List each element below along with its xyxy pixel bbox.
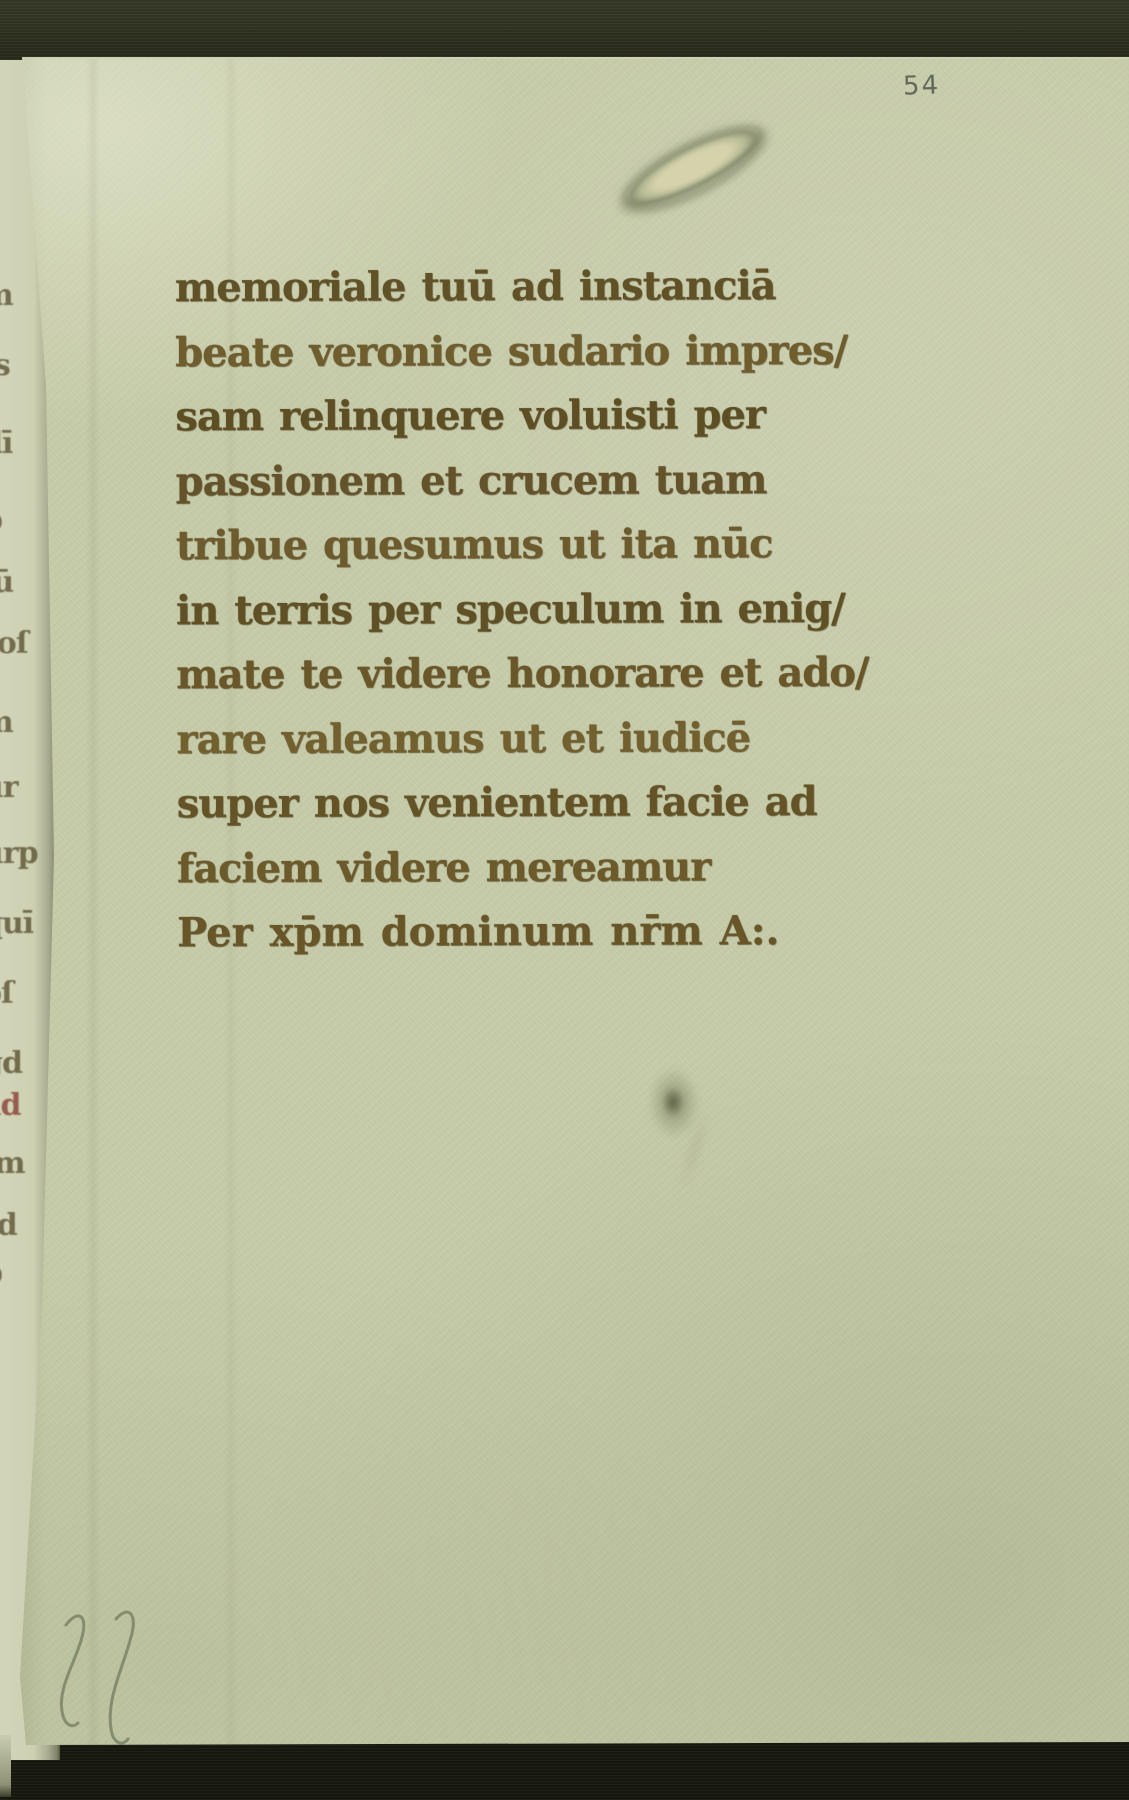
- prayer-text-block: memoriale tuū ad instanciā beate veronic…: [175, 254, 817, 966]
- pen-trial-marks: [28, 1607, 148, 1767]
- gutter-text-fragment: urp: [0, 836, 34, 871]
- gutter-text-fragment: lū: [0, 565, 34, 600]
- text-line: tribue quesumus ut ita nūc: [176, 512, 816, 579]
- gutter-rubric-fragment: ad: [0, 1088, 34, 1123]
- gutter-text-fragment: m: [0, 705, 34, 740]
- manuscript-photo: m ſs dī b lū roſ m ur urp quī oſ gd ad ſ…: [0, 0, 1129, 1800]
- gutter-text-fragment: b: [0, 503, 34, 538]
- text-line: sam relinquere voluisti per: [175, 383, 815, 450]
- gutter-text-fragment: roſ: [0, 626, 34, 661]
- gutter-text-fragment: p: [0, 1256, 34, 1291]
- gutter-text-fragment: oſ: [0, 976, 34, 1011]
- text-line: mate te videre honorare et ado/: [176, 641, 816, 708]
- folio-number: 54: [902, 70, 940, 101]
- gutter-text-fragment: dī: [0, 426, 34, 461]
- parchment-crease: [86, 59, 100, 1747]
- text-line: passionem et crucem tuam: [175, 447, 815, 514]
- text-line: faciem videre mereamur: [177, 834, 817, 901]
- gutter-text-fragment: quī: [0, 906, 34, 941]
- text-line: beate veronice sudario impres/: [175, 318, 815, 385]
- gutter-text-fragment: ſm: [0, 1146, 34, 1181]
- gutter-text-fragment: rd: [0, 1208, 34, 1243]
- ink-smudge-core: [662, 1087, 684, 1117]
- text-line: Per xp̄m dominum nr̄m A:.: [177, 899, 817, 966]
- gutter-text-fragment: ſs: [0, 348, 34, 383]
- gutter-text-fragment: ur: [0, 770, 34, 805]
- gutter-text-fragment: gd: [0, 1046, 34, 1081]
- gutter-text-fragment: m: [0, 278, 34, 313]
- text-line: memoriale tuū ad instanciā: [175, 254, 815, 321]
- manuscript-page: 54 memoriale tuū ad instanciā beate vero…: [0, 57, 1129, 1747]
- text-line: super nos venientem facie ad: [177, 770, 817, 837]
- under-page-bottom-sliver: [0, 1735, 11, 1797]
- text-line: in terris per speculum in enig/: [176, 576, 816, 643]
- text-line: rare valeamus ut et iudicē: [176, 705, 816, 772]
